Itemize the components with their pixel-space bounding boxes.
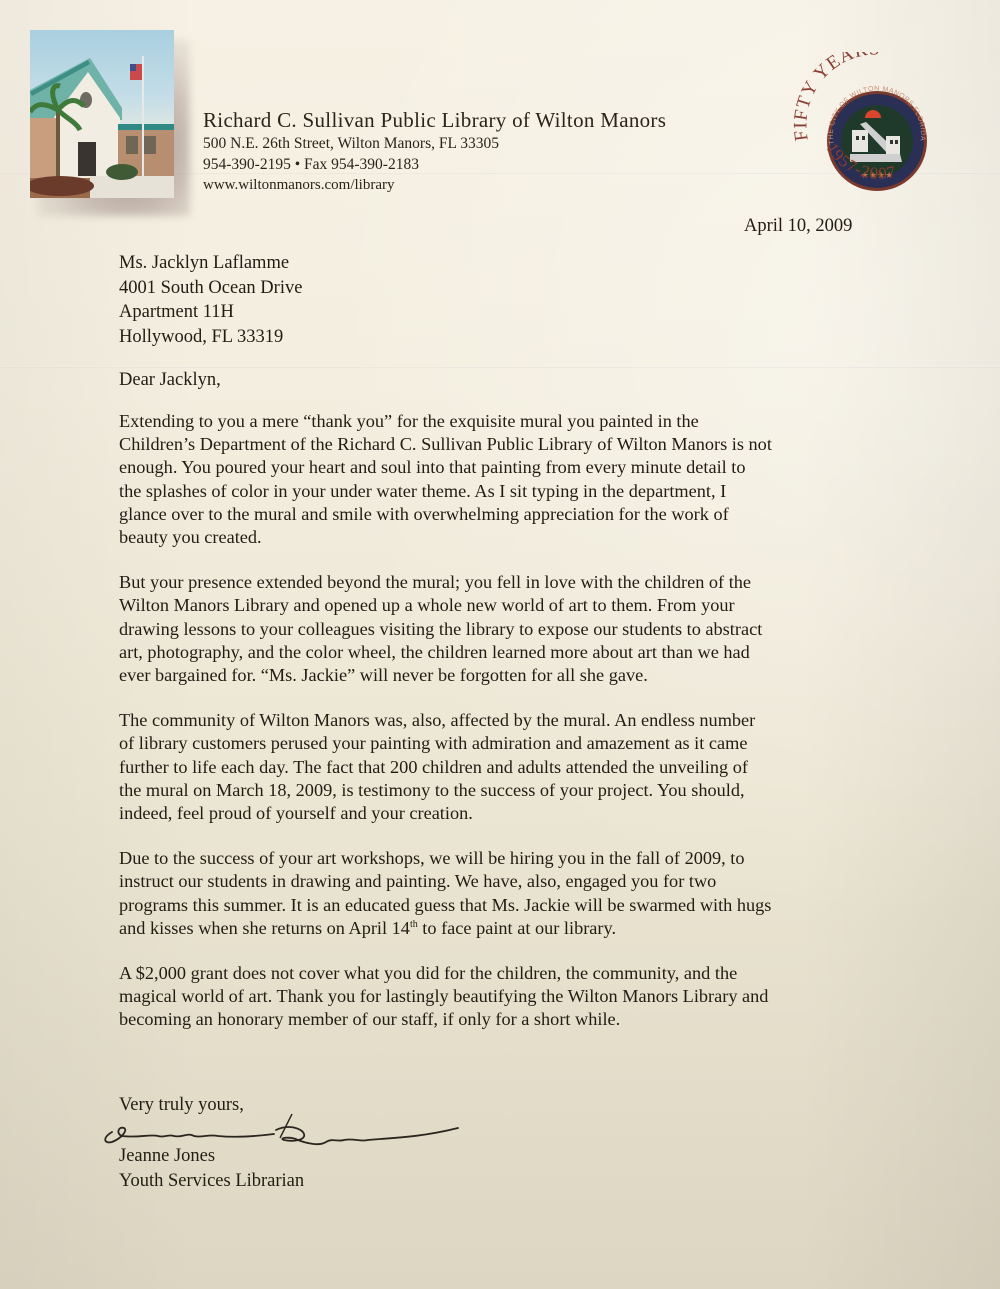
body-line: programs this summer. It is an educated … [119,894,899,917]
body-line: and kisses when she returns on April 14t… [119,917,899,940]
body-line: But your presence extended beyond the mu… [119,571,899,594]
paper-fold-crease [0,366,1000,368]
signer-block: Jeanne Jones Youth Services Librarian [119,1144,304,1194]
recipient-street: 4001 South Ocean Drive [119,276,302,301]
body-line: the splashes of color in your under wate… [119,480,899,503]
body-line: of library customers perused your painti… [119,732,899,755]
recipient-city: Hollywood, FL 33319 [119,325,302,350]
body-line: becoming an honorary member of our staff… [119,1008,899,1031]
body-line: glance over to the mural and smile with … [119,503,899,526]
salutation: Dear Jacklyn, [119,370,221,391]
library-phone: 954-390-2195 • Fax 954-390-2183 [203,154,666,175]
body-line: A $2,000 grant does not cover what you d… [119,962,899,985]
body-line: The community of Wilton Manors was, also… [119,709,899,732]
body-line: drawing lessons to your colleagues visit… [119,618,899,641]
body-line: Due to the success of your art workshops… [119,847,899,870]
body-line: Extending to you a mere “thank you” for … [119,410,899,433]
body-line: the mural on March 18, 2009, is testimon… [119,779,899,802]
signer-name: Jeanne Jones [119,1144,304,1169]
library-website: www.wiltonmanors.com/library [203,175,666,196]
paragraph-community: The community of Wilton Manors was, also… [119,709,899,825]
library-building-image [30,30,174,198]
body-line: beauty you created. [119,526,899,549]
body-line: Wilton Manors Library and opened up a wh… [119,594,899,617]
body-line: further to life each day. The fact that … [119,756,899,779]
signer-title: Youth Services Librarian [119,1169,304,1194]
paragraph-hiring: Due to the success of your art workshops… [119,847,899,940]
body-line: enough. You poured your heart and soul i… [119,456,899,479]
paragraph-grant: A $2,000 grant does not cover what you d… [119,962,899,1032]
body-line: indeed, feel proud of yourself and your … [119,802,899,825]
body-line: ever bargained for. “Ms. Jackie” will ne… [119,664,899,687]
recipient-address: Ms. Jacklyn Laflamme 4001 South Ocean Dr… [119,251,302,349]
recipient-apartment: Apartment 11H [119,300,302,325]
body-line: magical world of art. Thank you for last… [119,985,899,1008]
library-name: Richard C. Sullivan Public Library of Wi… [203,107,666,133]
paragraph-children: But your presence extended beyond the mu… [119,571,899,687]
library-address: 500 N.E. 26th Street, Wilton Manors, FL … [203,133,666,154]
body-text: and kisses when she returns on April 14 [119,918,410,938]
library-photo [30,30,184,208]
recipient-name: Ms. Jacklyn Laflamme [119,251,302,276]
fifty-years-seal: FIFTY YEARS THE CITY OF WILTON MANORS FL… [790,52,960,202]
body-line: instruct our students in drawing and pai… [119,870,899,893]
letter-body: Extending to you a mere “thank you” for … [119,410,899,1054]
letter-date: April 10, 2009 [744,216,852,237]
paragraph-mural-thanks: Extending to you a mere “thank you” for … [119,410,899,549]
body-line: art, photography, and the color wheel, t… [119,641,899,664]
body-line: Children’s Department of the Richard C. … [119,433,899,456]
ordinal-suffix: th [410,919,418,930]
letterhead: Richard C. Sullivan Public Library of Wi… [203,107,666,196]
body-text: to face paint at our library. [418,918,616,938]
